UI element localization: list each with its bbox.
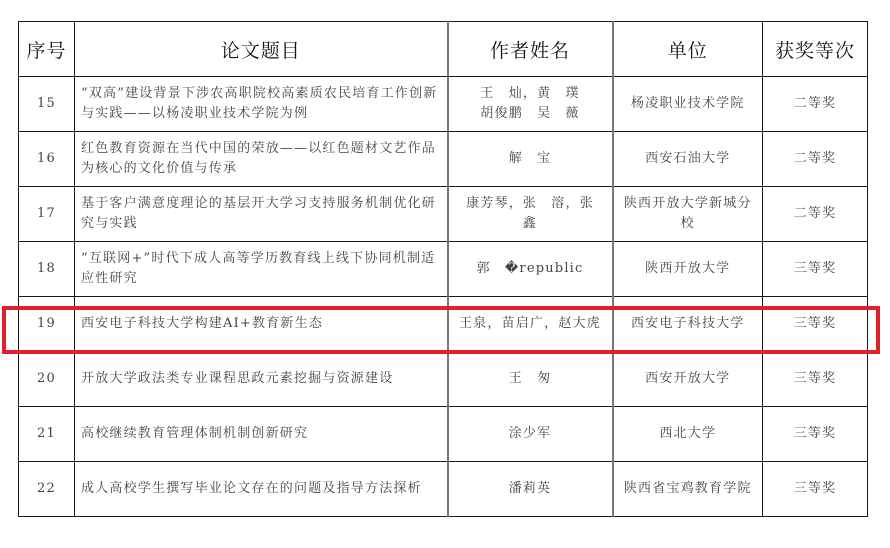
cell-num: 16: [19, 132, 75, 187]
cell-num: 21: [19, 407, 75, 462]
awards-table: 序号 论文题目 作者姓名 单位 获奖等次 15 “双高”建设背景下涉农高职院校高…: [18, 21, 868, 517]
table-row: 20 开放大学政法类专业课程思政元素挖掘与资源建设 王 匆 西安开放大学 三等奖: [19, 352, 868, 407]
table-header-row: 序号 论文题目 作者姓名 单位 获奖等次: [19, 22, 868, 77]
cell-award: 三等奖: [763, 297, 868, 352]
cell-unit: 杨凌职业技术学院: [613, 77, 763, 132]
cell-unit: 陕西开放大学新城分校: [613, 187, 763, 242]
cell-authors: 王 匆: [448, 352, 613, 407]
cell-title: “互联网+”时代下成人高等学历教育线上线下协同机制适应性研究: [75, 242, 448, 297]
cell-award: 二等奖: [763, 132, 868, 187]
cell-num: 19: [19, 297, 75, 352]
cell-authors: 王 灿，黄 璞 胡俊鹏 吴 薇: [448, 77, 613, 132]
cell-unit: 西安石油大学: [613, 132, 763, 187]
cell-title: “双高”建设背景下涉农高职院校高素质农民培育工作创新与实践——以杨凌职业技术学院…: [75, 77, 448, 132]
header-unit: 单位: [613, 22, 763, 77]
table-row-highlighted: 19 西安电子科技大学构建AI+教育新生态 王泉，苗启广，赵大虎 西安电子科技大…: [19, 297, 868, 352]
cell-title: 开放大学政法类专业课程思政元素挖掘与资源建设: [75, 352, 448, 407]
cell-award: 三等奖: [763, 462, 868, 517]
cell-award: 三等奖: [763, 242, 868, 297]
cell-unit: 西北大学: [613, 407, 763, 462]
cell-title: 成人高校学生撰写毕业论文存在的问题及指导方法探析: [75, 462, 448, 517]
cell-num: 17: [19, 187, 75, 242]
table-row: 18 “互联网+”时代下成人高等学历教育线上线下协同机制适应性研究 郭 �rep…: [19, 242, 868, 297]
cell-award: 三等奖: [763, 352, 868, 407]
cell-authors: 康芳琴，张 溶，张 鑫: [448, 187, 613, 242]
table-row: 16 红色教育资源在当代中国的荣放——以红色题材文艺作品为核心的文化价值与传承 …: [19, 132, 868, 187]
cell-unit: 西安开放大学: [613, 352, 763, 407]
cell-award: 二等奖: [763, 187, 868, 242]
cell-unit: 陕西省宝鸡教育学院: [613, 462, 763, 517]
cell-award: 二等奖: [763, 77, 868, 132]
cell-num: 15: [19, 77, 75, 132]
table-row: 21 高校继续教育管理体制机制创新研究 涂少军 西北大学 三等奖: [19, 407, 868, 462]
cell-num: 20: [19, 352, 75, 407]
cell-num: 22: [19, 462, 75, 517]
header-award: 获奖等次: [763, 22, 868, 77]
header-num: 序号: [19, 22, 75, 77]
cell-authors: 涂少军: [448, 407, 613, 462]
header-title: 论文题目: [75, 22, 448, 77]
cell-unit: 陕西开放大学: [613, 242, 763, 297]
cell-authors: 郭 �republic: [448, 242, 613, 297]
cell-title: 红色教育资源在当代中国的荣放——以红色题材文艺作品为核心的文化价值与传承: [75, 132, 448, 187]
cell-title: 基于客户满意度理论的基层开大学习支持服务机制优化研究与实践: [75, 187, 448, 242]
cell-title: 高校继续教育管理体制机制创新研究: [75, 407, 448, 462]
table-row: 17 基于客户满意度理论的基层开大学习支持服务机制优化研究与实践 康芳琴，张 溶…: [19, 187, 868, 242]
cell-unit: 西安电子科技大学: [613, 297, 763, 352]
table-row: 22 成人高校学生撰写毕业论文存在的问题及指导方法探析 潘莉英 陕西省宝鸡教育学…: [19, 462, 868, 517]
header-authors: 作者姓名: [448, 22, 613, 77]
table-row: 15 “双高”建设背景下涉农高职院校高素质农民培育工作创新与实践——以杨凌职业技…: [19, 77, 868, 132]
cell-title: 西安电子科技大学构建AI+教育新生态: [75, 297, 448, 352]
cell-num: 18: [19, 242, 75, 297]
cell-authors: 王泉，苗启广，赵大虎: [448, 297, 613, 352]
cell-award: 三等奖: [763, 407, 868, 462]
cell-authors: 解 宝: [448, 132, 613, 187]
cell-authors: 潘莉英: [448, 462, 613, 517]
